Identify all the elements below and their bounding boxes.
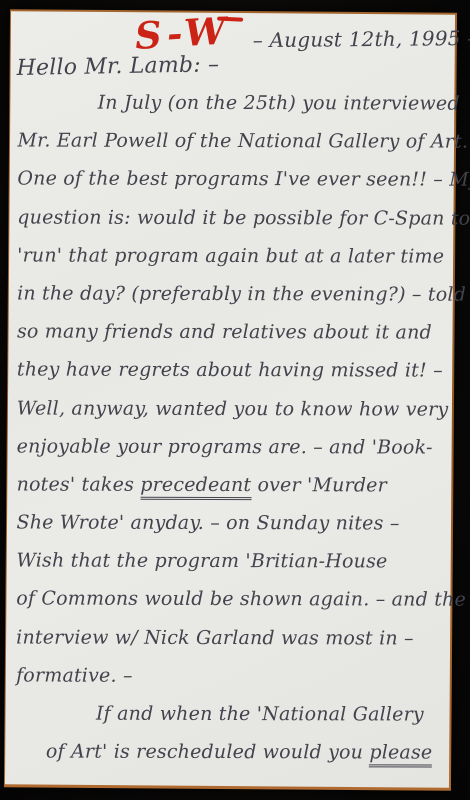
line-text: question is: would it be possible for C-… <box>17 206 470 229</box>
line-text: 'run' that program again but at a later … <box>17 244 444 267</box>
line-text: Well, anyway, wanted you to know how ver… <box>17 397 449 420</box>
line-text: they have regrets about having missed it… <box>17 359 443 382</box>
letter-line: She Wrote' anyday. – on Sunday nites – <box>16 512 454 551</box>
letter-body: In July (on the 25th) you interviewed Mr… <box>16 91 456 780</box>
letter-line: formative. – <box>16 664 454 703</box>
date-line: – August 12th, 1995 – <box>253 26 470 52</box>
line-text: enjoyable your programs are. – and 'Book… <box>17 435 433 458</box>
letter-line: Well, anyway, wanted you to know how ver… <box>17 397 455 436</box>
line-text: If and when the 'National Gallery <box>96 703 424 726</box>
letter-line: they have regrets about having missed it… <box>17 359 455 398</box>
letter-line: If and when the 'National Gallery <box>16 702 454 741</box>
line-text: of Commons would be shown again. – and t… <box>16 588 466 611</box>
red-annotation: S-W <box>134 7 245 58</box>
salutation: Hello Mr. Lamb: – <box>16 52 219 81</box>
letter-line: interview w/ Nick Garland was most in – <box>16 626 454 665</box>
line-text: interview w/ Nick Garland was most in – <box>16 626 414 649</box>
letter-line: in the day? (preferably in the evening?)… <box>17 282 455 321</box>
paper-edge: S-W – August 12th, 1995 – Hello Mr. Lamb… <box>4 9 457 790</box>
line-text: so many friends and relatives about it a… <box>17 321 432 344</box>
letter-line: Wish that the program 'Britian-House <box>16 550 454 589</box>
line-text: In July (on the 25th) you interviewed <box>98 92 460 115</box>
line-text: Wish that the program 'Britian-House <box>16 550 387 573</box>
letter-line: One of the best programs I've ever seen!… <box>17 168 455 207</box>
line-text-after: over 'Murder <box>251 474 387 496</box>
line-text: formative. – <box>16 664 133 686</box>
underlined-word: please <box>369 742 432 768</box>
underlined-word: precedeant <box>140 474 251 500</box>
letter-line: In July (on the 25th) you interviewed <box>18 91 456 130</box>
letter-line: Mr. Earl Powell of the National Gallery … <box>17 130 455 169</box>
line-text: of Art' is rescheduled would you <box>46 741 370 764</box>
line-text: notes' takes <box>17 473 141 495</box>
letter-line: enjoyable your programs are. – and 'Book… <box>17 435 455 474</box>
letter-page: S-W – August 12th, 1995 – Hello Mr. Lamb… <box>5 11 455 787</box>
photo-frame: S-W – August 12th, 1995 – Hello Mr. Lamb… <box>0 0 470 800</box>
line-text: Mr. Earl Powell of the National Gallery … <box>17 130 470 153</box>
line-text: in the day? (preferably in the evening?)… <box>17 282 466 305</box>
line-text: She Wrote' anyday. – on Sunday nites – <box>16 512 399 535</box>
letter-line: so many friends and relatives about it a… <box>17 321 455 360</box>
letter-line: question is: would it be possible for C-… <box>17 206 455 245</box>
letter-line: of Art' is rescheduled would you please <box>16 741 454 780</box>
letter-line: notes' takes precedeant over 'Murder <box>17 473 455 512</box>
letter-line: of Commons would be shown again. – and t… <box>16 588 454 627</box>
letter-line: 'run' that program again but at a later … <box>17 244 455 283</box>
line-text: One of the best programs I've ever seen!… <box>17 168 470 191</box>
